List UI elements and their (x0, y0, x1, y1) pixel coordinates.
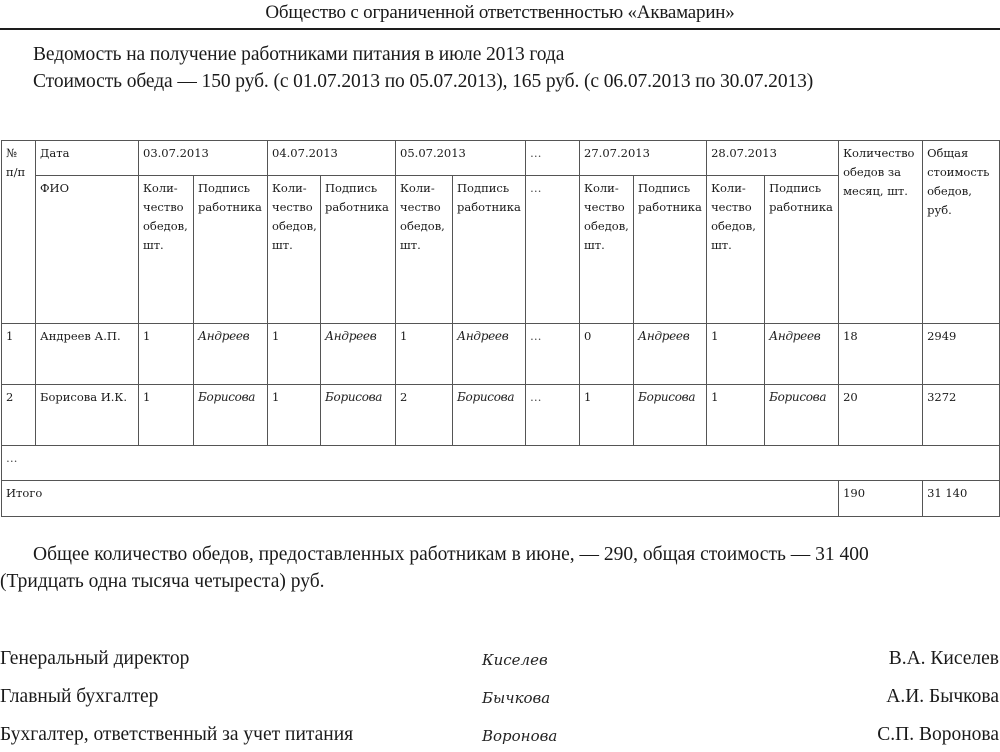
total-row: Итого 190 31 140 (2, 481, 1000, 517)
document-title: Ведомость на получение работниками питан… (33, 44, 564, 66)
col-header-qty: Коли-чество обедов, шт. (268, 176, 321, 324)
col-header-fio: ФИО (36, 176, 139, 324)
meal-cost-line: Стоимость обеда — 150 руб. (с 01.07.2013… (33, 71, 813, 93)
employee-signature: Андреев (321, 324, 396, 385)
signature-row-chief-accountant: Главный бухгалтер Бычкова А.И. Бычкова (0, 686, 1000, 712)
meal-qty: 1 (268, 385, 321, 446)
signatory-name: А.И. Бычкова (886, 686, 999, 708)
row-num: 2 (2, 385, 36, 446)
handwritten-signature: Воронова (482, 727, 557, 745)
organization-name: Общество с ограниченной ответственностью… (0, 2, 1000, 24)
meal-qty: 1 (139, 324, 194, 385)
col-header-sign: Подпись работника (765, 176, 839, 324)
meal-qty: 1 (707, 324, 765, 385)
employee-name: Андреев А.П. (36, 324, 139, 385)
signatory-position: Генеральный директор (0, 648, 189, 670)
meal-qty: 1 (580, 385, 634, 446)
total-label: Итого (2, 481, 839, 517)
summary-line-1: Общее количество обедов, предоставленных… (33, 544, 1000, 566)
signatory-position: Бухгалтер, ответственный за учет питания (0, 724, 353, 746)
date-header: 05.07.2013 (396, 141, 526, 176)
col-header-total-cost: Общая стоимость обедов, руб. (923, 141, 1000, 324)
col-header-date: Дата (36, 141, 139, 176)
employee-signature: Андреев (765, 324, 839, 385)
col-header-num: № п/п (2, 141, 36, 324)
total-cost: 3272 (923, 385, 1000, 446)
total-cost: 2949 (923, 324, 1000, 385)
employee-signature: Борисова (634, 385, 707, 446)
month-total: 18 (839, 324, 923, 385)
handwritten-signature: Киселев (482, 651, 548, 669)
summary-line-2: (Тридцать одна тысяча четыреста) руб. (0, 571, 1000, 593)
table-row: 1 Андреев А.П. 1 Андреев 1 Андреев 1 Анд… (2, 324, 1000, 385)
employee-signature: Борисова (194, 385, 268, 446)
col-header-ellipsis: … (526, 176, 580, 324)
date-header: 27.07.2013 (580, 141, 707, 176)
col-header-sign: Подпись работника (453, 176, 526, 324)
col-header-sign: Подпись работника (194, 176, 268, 324)
date-header: 04.07.2013 (268, 141, 396, 176)
date-header-ellipsis: … (526, 141, 580, 176)
ellipsis-cell: … (526, 385, 580, 446)
table-row: 2 Борисова И.К. 1 Борисова 1 Борисова 2 … (2, 385, 1000, 446)
meal-qty: 1 (396, 324, 453, 385)
month-total: 20 (839, 385, 923, 446)
header-rule (0, 28, 1000, 30)
meal-qty: 1 (268, 324, 321, 385)
meal-qty: 0 (580, 324, 634, 385)
col-header-sign: Подпись работника (634, 176, 707, 324)
total-month-meals: 190 (839, 481, 923, 517)
signatory-name: В.А. Киселев (889, 648, 999, 670)
col-header-qty: Коли-чество обедов, шт. (580, 176, 634, 324)
employee-signature: Борисова (453, 385, 526, 446)
col-header-sign: Подпись работника (321, 176, 396, 324)
signatory-position: Главный бухгалтер (0, 686, 158, 708)
date-header: 28.07.2013 (707, 141, 839, 176)
col-header-qty: Коли-чество обедов, шт. (396, 176, 453, 324)
meal-qty: 1 (139, 385, 194, 446)
row-num: 1 (2, 324, 36, 385)
meal-qty: 1 (707, 385, 765, 446)
header-row-dates: № п/п Дата 03.07.2013 04.07.2013 05.07.2… (2, 141, 1000, 176)
meal-register-table: № п/п Дата 03.07.2013 04.07.2013 05.07.2… (1, 140, 1000, 517)
employee-signature: Андреев (634, 324, 707, 385)
signature-row-director: Генеральный директор Киселев В.А. Киселе… (0, 648, 1000, 674)
ellipsis-row: … (2, 446, 1000, 481)
ellipsis-row-cell: … (2, 446, 1000, 481)
employee-name: Борисова И.К. (36, 385, 139, 446)
col-header-month-total: Количество обедов за месяц, шт. (839, 141, 923, 324)
col-header-qty: Коли-чество обедов, шт. (707, 176, 765, 324)
date-header: 03.07.2013 (139, 141, 268, 176)
total-cost-sum: 31 140 (923, 481, 1000, 517)
ellipsis-cell: … (526, 324, 580, 385)
employee-signature: Борисова (321, 385, 396, 446)
col-header-qty: Коли-чество обедов, шт. (139, 176, 194, 324)
signatory-name: С.П. Воронова (877, 724, 999, 746)
employee-signature: Андреев (453, 324, 526, 385)
meal-qty: 2 (396, 385, 453, 446)
signature-row-meal-accountant: Бухгалтер, ответственный за учет питания… (0, 724, 1000, 750)
employee-signature: Борисова (765, 385, 839, 446)
handwritten-signature: Бычкова (482, 689, 550, 707)
employee-signature: Андреев (194, 324, 268, 385)
